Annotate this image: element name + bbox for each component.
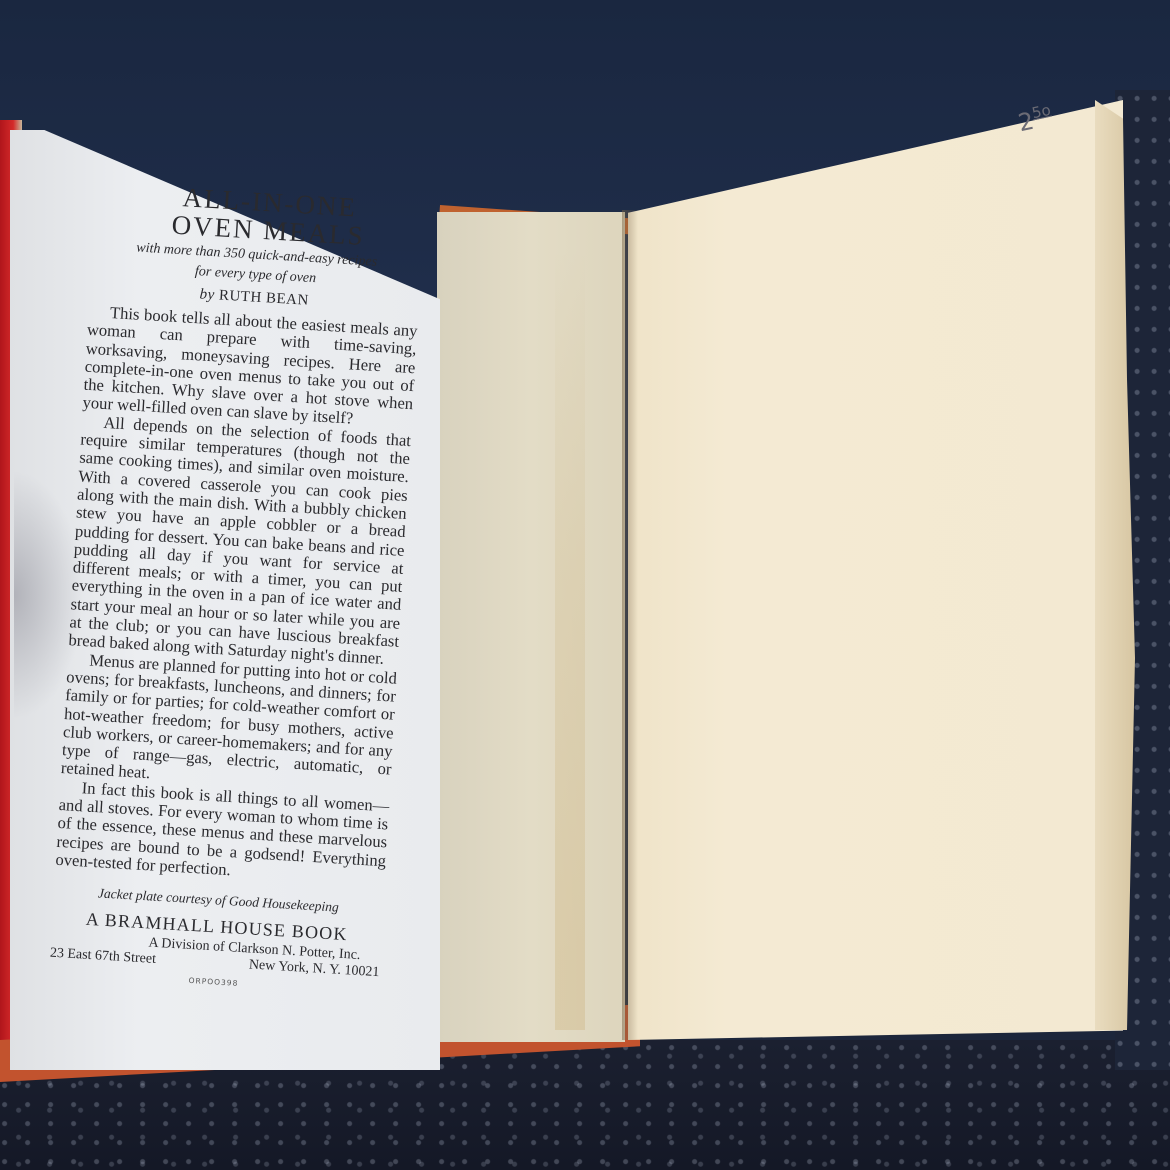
- blurb-paragraph-4: In fact this book is all things to all w…: [55, 778, 390, 889]
- byline-prefix: by: [199, 286, 215, 303]
- blurb-paragraph-2: All depends on the selection of foods th…: [68, 412, 412, 669]
- price-cents: 5o: [1030, 101, 1052, 123]
- photo-scene: 25o ALL-IN-ONE OVEN MEALS with more than…: [0, 0, 1170, 1170]
- author-name: RUTH BEAN: [219, 288, 310, 309]
- gutter-shadow: [622, 210, 638, 1040]
- blurb-paragraph-1: This book tells all about the easiest me…: [82, 303, 418, 432]
- endpaper-stain: [555, 250, 585, 1030]
- blurb-paragraph-3: Menus are planned for putting into hot o…: [60, 650, 397, 797]
- jacket-flap-text: ALL-IN-ONE OVEN MEALS with more than 350…: [49, 178, 426, 996]
- blank-endpaper-right: [628, 100, 1123, 1040]
- inner-endpaper-left: [437, 212, 625, 1042]
